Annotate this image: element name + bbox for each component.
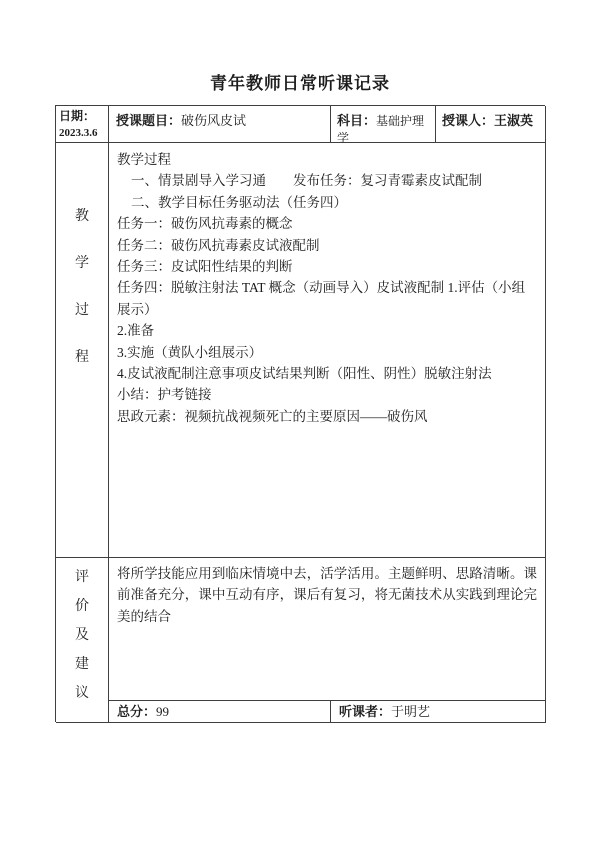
process-line: 3.实施（黄队小组展示） — [117, 342, 537, 363]
evaluation-content: 将所学技能应用到临床情境中去，活学活用。主题鲜明、思路清晰。课前准备充分，课中互… — [109, 558, 546, 701]
evaluation-label-char-5: 议 — [75, 682, 89, 702]
teacher-value: 王淑英 — [494, 113, 533, 128]
process-line: 思政元素：视频抗战视频死亡的主要原因——破伤风 — [117, 406, 537, 427]
process-line: 2.准备 — [117, 320, 537, 341]
evaluation-label-char-2: 价 — [75, 595, 89, 615]
process-label-char-2: 学 — [75, 252, 89, 272]
evaluation-label-char-3: 及 — [75, 624, 89, 644]
date-value: 2023.3.6 — [59, 125, 105, 142]
subject-cell: 科目：基础护理学 — [331, 106, 436, 143]
record-table: 日期： 2023.3.6 授课题目：破伤风皮试 科目：基础护理学 授课人：王淑英… — [55, 105, 545, 722]
process-line: 教学过程 — [117, 149, 537, 170]
listener-cell: 听课者：于明艺 — [331, 701, 546, 723]
process-label: 教 学 过 程 — [56, 143, 109, 558]
page-title: 青年教师日常听课记录 — [0, 69, 600, 94]
process-line: 二、教学目标任务驱动法（任务四） — [117, 192, 537, 213]
evaluation-label-char-1: 评 — [75, 566, 89, 586]
listener-label: 听课者： — [339, 704, 391, 719]
score-label: 总分： — [117, 704, 156, 719]
process-line: 一、情景剧导入学习通 发布任务：复习青霉素皮试配制 — [117, 170, 537, 191]
topic-cell: 授课题目：破伤风皮试 — [109, 106, 331, 143]
teacher-cell: 授课人：王淑英 — [436, 106, 546, 143]
topic-value: 破伤风皮试 — [181, 113, 246, 128]
listener-value: 于明艺 — [391, 704, 430, 719]
date-cell: 日期： 2023.3.6 — [56, 106, 109, 143]
subject-label: 科目： — [337, 113, 376, 128]
score-value: 99 — [156, 704, 169, 719]
process-line: 任务一：破伤风抗毒素的概念 — [117, 213, 537, 234]
score-cell: 总分：99 — [109, 701, 331, 723]
topic-label: 授课题目： — [116, 113, 181, 128]
date-label: 日期： — [59, 108, 105, 125]
process-line: 任务三：皮试阳性结果的判断 — [117, 256, 537, 277]
process-line: 小结：护考链接 — [117, 384, 537, 405]
process-label-char-1: 教 — [75, 205, 89, 225]
evaluation-label: 评 价 及 建 议 — [56, 558, 109, 723]
document-page: { "page": { "title": "青年教师日常听课记录" }, "he… — [0, 0, 600, 849]
process-label-char-3: 过 — [75, 299, 89, 319]
process-line: 任务四：脱敏注射法 TAT 概念（动画导入）皮试液配制 1.评估（小组展示） — [117, 277, 537, 320]
process-line: 任务二：破伤风抗毒素皮试液配制 — [117, 235, 537, 256]
teacher-label: 授课人： — [442, 113, 494, 128]
evaluation-label-char-4: 建 — [75, 653, 89, 673]
process-content: 教学过程 一、情景剧导入学习通 发布任务：复习青霉素皮试配制 二、教学目标任务驱… — [109, 143, 546, 558]
process-line: 4.皮试液配制注意事项皮试结果判断（阳性、阴性）脱敏注射法 — [117, 363, 537, 384]
process-label-char-4: 程 — [75, 346, 89, 366]
